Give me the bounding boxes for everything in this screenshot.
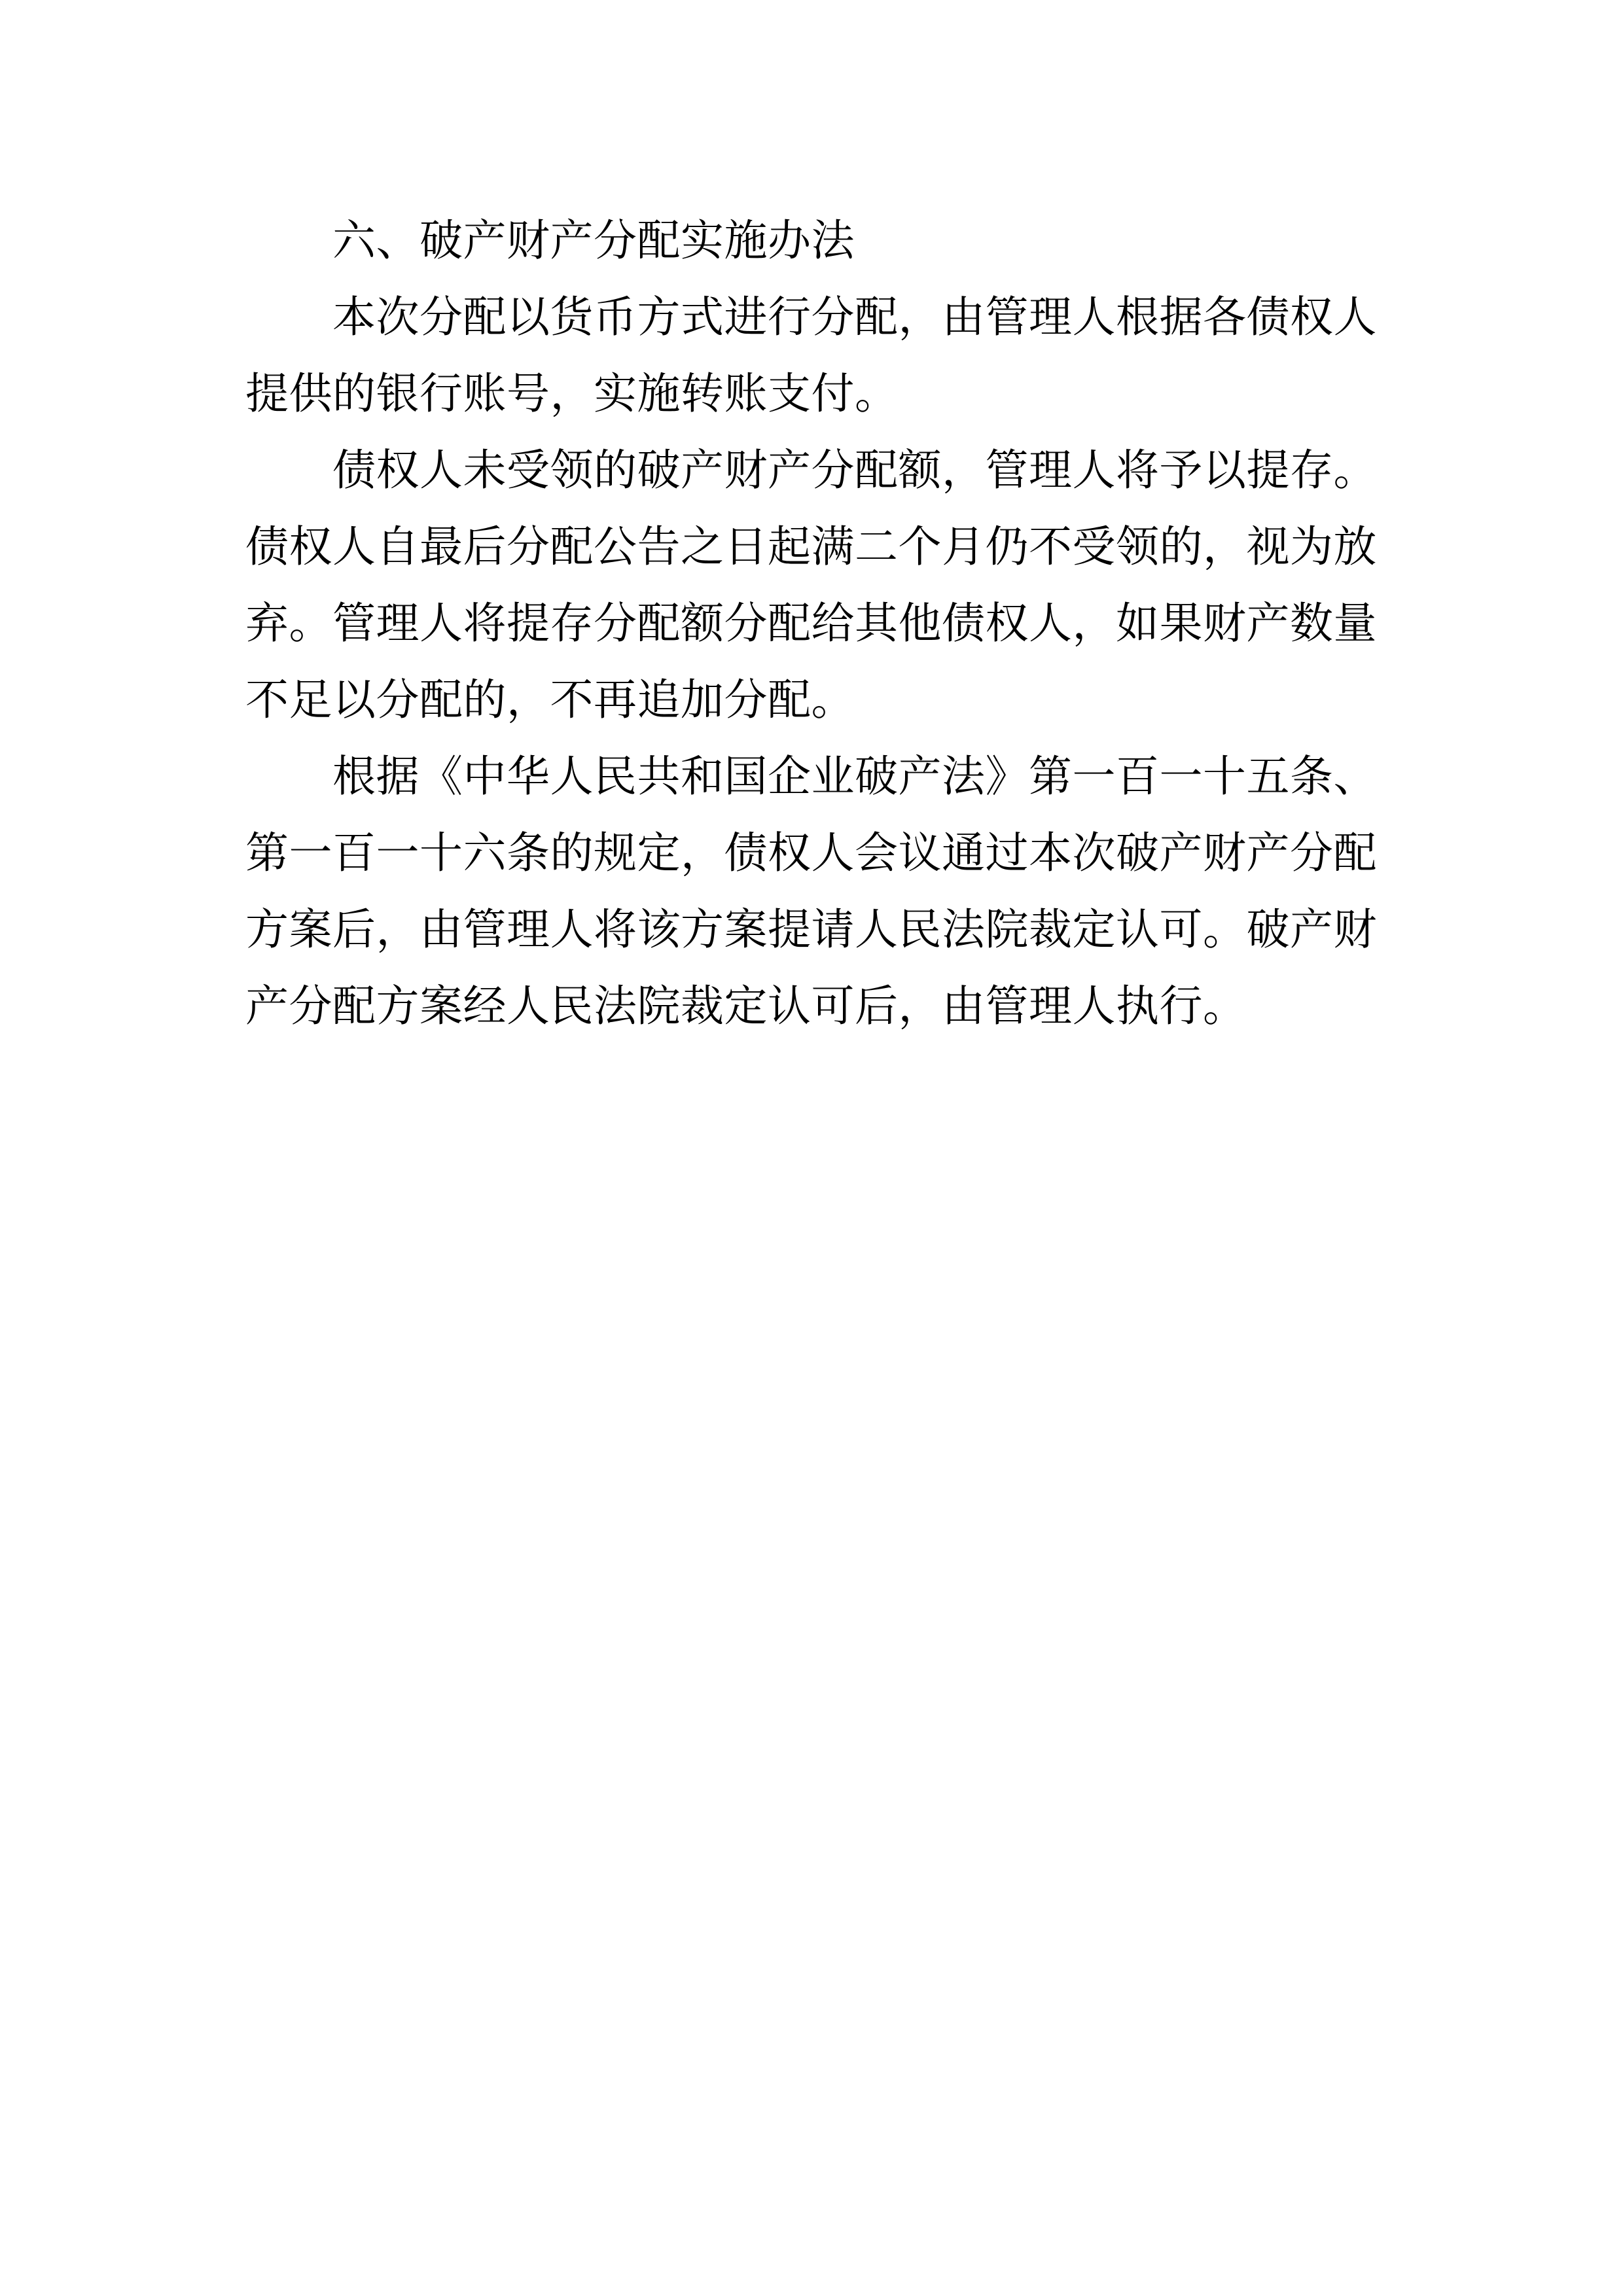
text-line: 六、破产财产分配实施办法 (245, 203, 1378, 279)
text-line: 方案后，由管理人将该方案提请人民法院裁定认可。破产财 (245, 892, 1378, 968)
text-line: 不足以分配的，不再追加分配。 (245, 662, 1378, 739)
text-line: 根据《中华人民共和国企业破产法》第一百一十五条、 (245, 739, 1378, 815)
text-line: 产分配方案经人民法院裁定认可后，由管理人执行。 (245, 968, 1378, 1045)
text-line: 弃。管理人将提存分配额分配给其他债权人，如果财产数量 (245, 586, 1378, 662)
text-line: 提供的银行账号，实施转账支付。 (245, 356, 1378, 433)
text-line: 本次分配以货币方式进行分配，由管理人根据各债权人 (245, 279, 1378, 356)
text-line: 第一百一十六条的规定，债权人会议通过本次破产财产分配 (245, 815, 1378, 892)
document-page: 六、破产财产分配实施办法本次分配以货币方式进行分配，由管理人根据各债权人提供的银… (0, 0, 1623, 2296)
text-line: 债权人未受领的破产财产分配额，管理人将予以提存。 (245, 433, 1378, 509)
text-line: 债权人自最后分配公告之日起满二个月仍不受领的，视为放 (245, 509, 1378, 586)
document-text-block: 六、破产财产分配实施办法本次分配以货币方式进行分配，由管理人根据各债权人提供的银… (245, 203, 1378, 1045)
